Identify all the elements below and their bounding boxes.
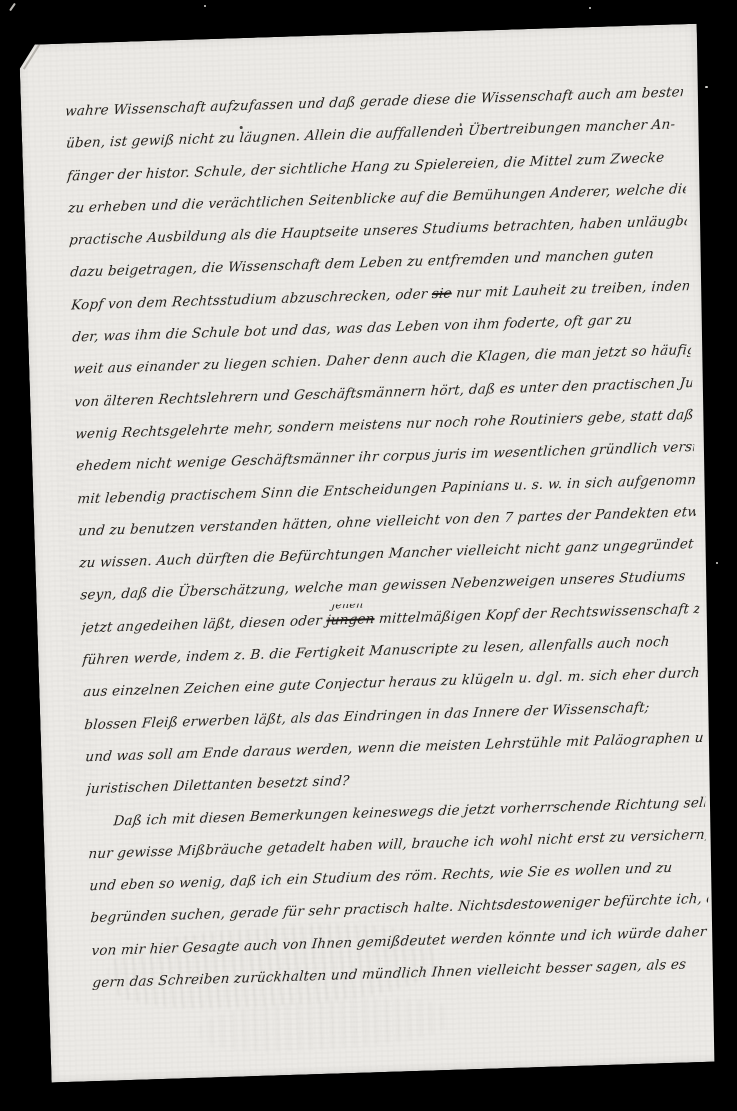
line-text: Kopf von dem Rechtsstudium abzuschrecken… [70,286,432,313]
dust-speck [204,5,206,7]
scan-background: { "scan": { "background_color": "#000000… [0,0,737,1111]
line-text: mittelmäßigen Kopf der Rechtswissenschaf… [374,600,701,627]
struck-word-text: jungen [326,611,376,629]
dust-speck [716,562,718,564]
struck-word-text: sie [431,285,452,302]
bleed-through-smudge [199,993,452,1057]
dust-speck [705,86,708,88]
corner-fold-crease [23,42,42,70]
scratch-mark [9,3,16,12]
line-text: nur mit Lauheit zu treiben, indem [451,278,690,302]
manuscript-text: wahre Wissenschaft aufzufassen und daß g… [65,76,711,999]
dust-speck [589,7,591,9]
struck-word: jungenjenen [326,611,376,629]
struck-word: sie [431,285,452,302]
line-text: jetzt angedeihen läßt, diesen oder [81,612,328,636]
paper-page: wahre Wissenschaft aufzufassen und daß g… [19,24,729,1083]
corner-fold [19,44,37,70]
